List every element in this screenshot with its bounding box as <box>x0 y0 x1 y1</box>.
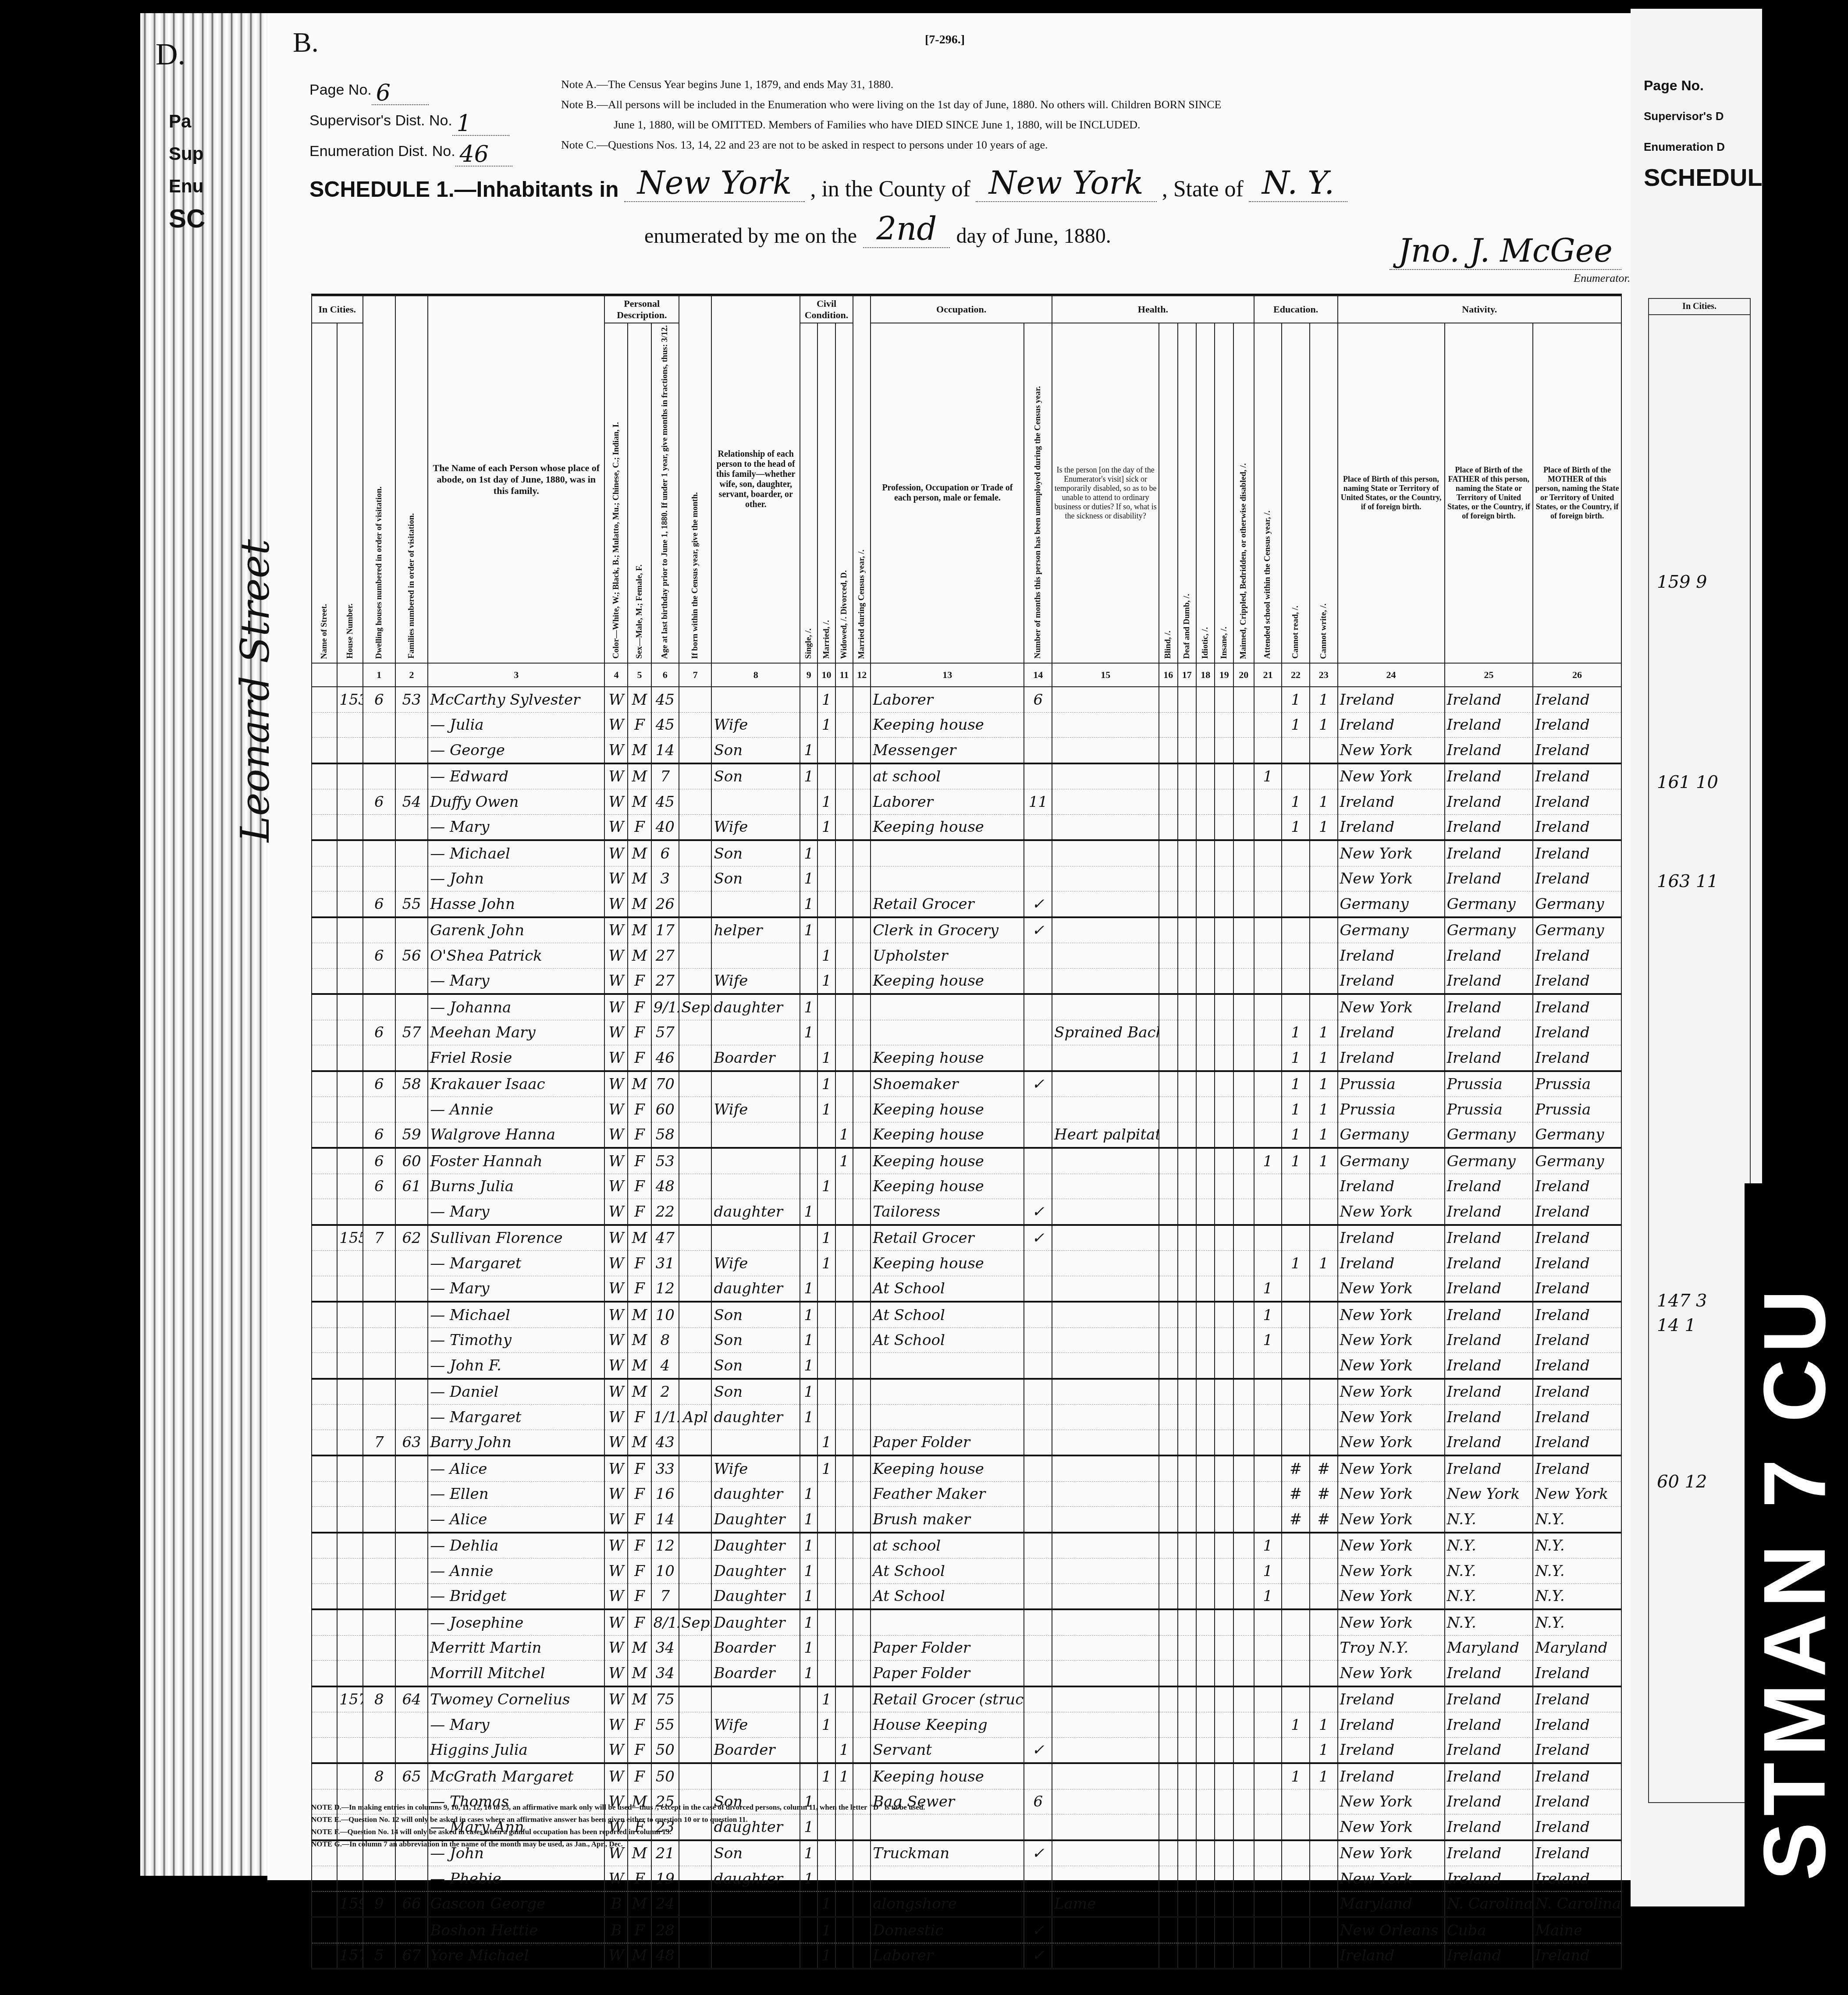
note-b: Note B.—All persons will be included in … <box>561 95 1613 115</box>
cell-maimed <box>1233 1097 1254 1122</box>
cell-read: 1 <box>1282 1251 1310 1276</box>
cell-unemp <box>1024 1430 1052 1455</box>
cell-sex: M <box>628 687 651 712</box>
cell-insane <box>1215 763 1233 789</box>
cell-age: 24 <box>651 1891 679 1917</box>
cell-birth: Ireland <box>1338 1737 1445 1763</box>
cell-month <box>679 1507 711 1533</box>
table-row: 29— MargaretWF1/12Apldaughter1New YorkIr… <box>312 1405 1621 1430</box>
cell-birth: New York <box>1338 1302 1445 1328</box>
cell-idiotic <box>1196 1558 1215 1584</box>
cell-married: 1 <box>817 1455 835 1481</box>
table-row: 15Friel RosieWF46Boarder1Keeping house11… <box>312 1045 1621 1071</box>
cell-sick <box>1052 917 1159 943</box>
table-row: 3— GeorgeWM14Son1MessengerNew YorkIrelan… <box>312 738 1621 763</box>
cell-age: 27 <box>651 968 679 994</box>
cell-married: 1 <box>817 1430 835 1455</box>
cell-rel: daughter <box>711 1405 800 1430</box>
cell-single: 1 <box>800 1020 817 1045</box>
cell-month <box>679 1455 711 1481</box>
cell-write <box>1310 840 1338 866</box>
cell-unemp <box>1024 1661 1052 1686</box>
cell-mcy <box>853 1071 871 1097</box>
cell-birth: Ireland <box>1338 1686 1445 1712</box>
group-in-cities: In Cities. <box>312 296 363 323</box>
cell-house <box>337 1712 362 1738</box>
cell-name: — George <box>428 738 604 763</box>
cell-street: 39 <box>312 1661 337 1686</box>
cell-mother: Ireland <box>1533 1405 1621 1430</box>
cell-single: 1 <box>800 1558 817 1584</box>
cell-month <box>679 840 711 866</box>
cell-sick <box>1052 1379 1159 1405</box>
cell-mother: N.Y. <box>1533 1558 1621 1584</box>
cell-read: 1 <box>1282 789 1310 815</box>
table-row: 13— JohannaWF9/12Septdaughter1New YorkIr… <box>312 994 1621 1020</box>
cell-street: 48 <box>312 1891 337 1917</box>
cell-single <box>800 1097 817 1122</box>
cell-house: 155 <box>337 1225 362 1251</box>
cell-deaf <box>1178 1251 1196 1276</box>
cell-month <box>679 1225 711 1251</box>
cell-occ: Keeping house <box>871 1174 1024 1199</box>
cell-deaf <box>1178 1225 1196 1251</box>
cell-color: W <box>604 1122 628 1148</box>
cell-write <box>1310 1917 1338 1943</box>
cell-write: 1 <box>1310 1097 1338 1122</box>
table-row: 12— MaryWF27Wife1Keeping houseIrelandIre… <box>312 968 1621 994</box>
table-row: 25— MichaelWM10Son1At School1New YorkIre… <box>312 1302 1621 1328</box>
cell-color: W <box>604 1174 628 1199</box>
cell-mother: Maine <box>1533 1917 1621 1943</box>
enumeration-label: Enumeration Dist. No. <box>309 136 455 167</box>
cell-sick <box>1052 1661 1159 1686</box>
cell-rel: daughter <box>711 994 800 1020</box>
cell-sex: F <box>628 1558 651 1584</box>
cell-single: 1 <box>800 1353 817 1379</box>
cell-sex: M <box>628 1328 651 1353</box>
cell-street: 42 <box>312 1737 337 1763</box>
column-number: 20 <box>1233 663 1254 687</box>
cell-dwelling: 8 <box>363 1763 395 1789</box>
cell-street: 9 <box>312 891 337 917</box>
cell-age: 6 <box>651 840 679 866</box>
cell-birth: Germany <box>1338 917 1445 943</box>
cell-married <box>817 917 835 943</box>
cell-married <box>817 1302 835 1328</box>
cell-name: — Timothy <box>428 1328 604 1353</box>
cell-mother: Ireland <box>1533 1866 1621 1892</box>
cell-name: — Daniel <box>428 1379 604 1405</box>
cell-family <box>395 738 428 763</box>
cell-house <box>337 1430 362 1455</box>
cell-sick <box>1052 1328 1159 1353</box>
cell-color: W <box>604 1635 628 1661</box>
cell-idiotic <box>1196 1430 1215 1455</box>
cell-age: 16 <box>651 1481 679 1507</box>
cell-sick <box>1052 1481 1159 1507</box>
cell-color: W <box>604 738 628 763</box>
cell-unemp <box>1024 1686 1052 1712</box>
cell-house <box>337 1045 362 1071</box>
cell-family <box>395 1276 428 1302</box>
cell-month <box>679 1148 711 1174</box>
cell-sex: F <box>628 1020 651 1045</box>
cell-married: 1 <box>817 1097 835 1122</box>
cell-family <box>395 1379 428 1405</box>
cell-rel: daughter <box>711 1276 800 1302</box>
cell-house <box>337 1635 362 1661</box>
state-value: N. Y. <box>1249 164 1347 202</box>
cell-name: — Michael <box>428 840 604 866</box>
cell-idiotic <box>1196 1276 1215 1302</box>
cell-widowed <box>835 1686 853 1712</box>
cell-month <box>679 1661 711 1686</box>
cell-deaf <box>1178 1353 1196 1379</box>
cell-father: Ireland <box>1445 1045 1533 1071</box>
cell-mother: Ireland <box>1533 1763 1621 1789</box>
cell-name: Gascon George <box>428 1891 604 1917</box>
cell-dwelling: 9 <box>363 1891 395 1917</box>
cell-family: 60 <box>395 1148 428 1174</box>
cell-family <box>395 1328 428 1353</box>
table-row: 9655Hasse JohnWM261Retail Grocer✓Germany… <box>312 891 1621 917</box>
cell-blind <box>1159 1405 1177 1430</box>
cell-age: 1/12 <box>651 1405 679 1430</box>
cell-sex: F <box>628 1122 651 1148</box>
cell-street: 23 <box>312 1251 337 1276</box>
cell-idiotic <box>1196 738 1215 763</box>
cell-house <box>337 1353 362 1379</box>
cell-rel: Wife <box>711 1712 800 1738</box>
next-schedule-label: SCHEDUL <box>1644 162 1763 193</box>
cell-insane <box>1215 891 1233 917</box>
table-row: 1153653McCarthy SylvesterWM451Laborer611… <box>312 687 1621 712</box>
cell-house: 159 <box>337 1891 362 1917</box>
cell-maimed <box>1233 943 1254 969</box>
cell-blind <box>1159 1661 1177 1686</box>
cell-widowed <box>835 1866 853 1892</box>
cell-widowed <box>835 1174 853 1199</box>
cell-sex: M <box>628 866 651 891</box>
cell-dwelling <box>363 814 395 840</box>
cell-dwelling: 6 <box>363 1122 395 1148</box>
cell-maimed <box>1233 814 1254 840</box>
cell-unemp <box>1024 1097 1052 1122</box>
cell-widowed <box>835 1251 853 1276</box>
cell-deaf <box>1178 1891 1196 1917</box>
header-widowed: Widowed, /. Divorced, D. <box>839 570 849 659</box>
cell-read <box>1282 1405 1310 1430</box>
cell-idiotic <box>1196 1045 1215 1071</box>
cell-name: — Johanna <box>428 994 604 1020</box>
cell-age: 57 <box>651 1020 679 1045</box>
cell-single <box>800 1763 817 1789</box>
cell-house <box>337 1533 362 1558</box>
cell-color: W <box>604 1609 628 1635</box>
table-row: 39Morrill MitchelWM34Boarder1Paper Folde… <box>312 1661 1621 1686</box>
cell-read <box>1282 891 1310 917</box>
cell-read <box>1282 994 1310 1020</box>
table-row: 18659Walgrove HannaWF581Keeping houseHea… <box>312 1122 1621 1148</box>
cell-married <box>817 1635 835 1661</box>
cell-street: 4 <box>312 763 337 789</box>
cell-color: W <box>604 840 628 866</box>
cell-single <box>800 1122 817 1148</box>
cell-insane <box>1215 1558 1233 1584</box>
cell-widowed <box>835 814 853 840</box>
cell-age: 17 <box>651 917 679 943</box>
cell-dwelling <box>363 917 395 943</box>
cell-month <box>679 1045 711 1071</box>
cell-color: W <box>604 1533 628 1558</box>
cell-write <box>1310 1533 1338 1558</box>
cell-school: 1 <box>1254 1533 1282 1558</box>
census-table: In Cities. Dwelling houses numbered in o… <box>311 294 1622 1970</box>
cell-widowed <box>835 1455 853 1481</box>
cell-color: W <box>604 1045 628 1071</box>
cell-widowed <box>835 1045 853 1071</box>
header-school: Attended school within the Census year, … <box>1263 511 1272 659</box>
cell-write: 1 <box>1310 1122 1338 1148</box>
cell-occ: Laborer <box>871 789 1024 815</box>
cell-write <box>1310 1430 1338 1455</box>
cell-age: 10 <box>651 1302 679 1328</box>
cell-occ: Feather Maker <box>871 1481 1024 1507</box>
cell-single <box>800 687 817 712</box>
cell-sex: M <box>628 1635 651 1661</box>
cell-age: 9/12 <box>651 994 679 1020</box>
cell-idiotic <box>1196 1737 1215 1763</box>
cell-mcy <box>853 1302 871 1328</box>
cell-month <box>679 1276 711 1302</box>
cell-married: 1 <box>817 1045 835 1071</box>
cell-widowed <box>835 1328 853 1353</box>
cell-idiotic <box>1196 1712 1215 1738</box>
cell-house <box>337 968 362 994</box>
cell-family: 62 <box>395 1225 428 1251</box>
cell-month <box>679 1174 711 1199</box>
cell-married <box>817 1481 835 1507</box>
cell-insane <box>1215 1430 1233 1455</box>
cell-birth: Ireland <box>1338 943 1445 969</box>
cell-blind <box>1159 1891 1177 1917</box>
cell-dwelling <box>363 1737 395 1763</box>
cell-blind <box>1159 712 1177 738</box>
cell-mother: Ireland <box>1533 687 1621 712</box>
cell-family: 57 <box>395 1020 428 1045</box>
cell-blind <box>1159 917 1177 943</box>
cell-dwelling <box>363 1199 395 1225</box>
cell-widowed <box>835 1225 853 1251</box>
cell-father: Ireland <box>1445 738 1533 763</box>
cell-deaf <box>1178 891 1196 917</box>
cell-family <box>395 917 428 943</box>
cell-insane <box>1215 1686 1233 1712</box>
cell-school <box>1254 1943 1282 1969</box>
cell-married <box>817 866 835 891</box>
cell-mcy <box>853 1917 871 1943</box>
cell-insane <box>1215 789 1233 815</box>
cell-mcy <box>853 994 871 1020</box>
cell-single <box>800 1430 817 1455</box>
cell-occ: At School <box>871 1558 1024 1584</box>
cell-insane <box>1215 1507 1233 1533</box>
cell-sick <box>1052 789 1159 815</box>
cell-mcy <box>853 1379 871 1405</box>
cell-deaf <box>1178 1455 1196 1481</box>
cell-mother: Ireland <box>1533 1225 1621 1251</box>
cell-street: 41 <box>312 1712 337 1738</box>
cell-rel: Daughter <box>711 1507 800 1533</box>
next-page-entries: 159 9 161 10 163 11 147 3 14 1 60 12 <box>1657 570 1718 1494</box>
cell-street: 14 <box>312 1020 337 1045</box>
cell-sick <box>1052 1943 1159 1969</box>
cell-read <box>1282 763 1310 789</box>
cell-age: 45 <box>651 712 679 738</box>
cell-deaf <box>1178 1609 1196 1635</box>
cell-unemp <box>1024 866 1052 891</box>
page-metadata: Page No.6 Supervisor's Dist. No.1 Enumer… <box>309 75 512 167</box>
cell-read: 1 <box>1282 814 1310 840</box>
cell-mcy <box>853 1609 871 1635</box>
cell-maimed <box>1233 1430 1254 1455</box>
cell-school <box>1254 1737 1282 1763</box>
page-no-label: Page No. <box>309 75 372 105</box>
cell-month <box>679 891 711 917</box>
cell-name: McCarthy Sylvester <box>428 687 604 712</box>
cell-father: N.Y. <box>1445 1609 1533 1635</box>
cell-deaf <box>1178 1763 1196 1789</box>
cell-read <box>1282 1635 1310 1661</box>
cell-rel <box>711 789 800 815</box>
cell-age: 45 <box>651 687 679 712</box>
cell-deaf <box>1178 1328 1196 1353</box>
column-number-row: 1234567891011121314151617181920212223242… <box>312 663 1621 687</box>
page-no-value: 6 <box>372 82 429 105</box>
cell-age: 60 <box>651 1097 679 1122</box>
supervisor-label: Supervisor's Dist. No. <box>309 105 452 136</box>
cell-read <box>1282 1533 1310 1558</box>
cell-father: N.Y. <box>1445 1507 1533 1533</box>
cell-married <box>817 1353 835 1379</box>
cell-unemp <box>1024 1763 1052 1789</box>
page-stack-edge <box>140 13 272 1876</box>
cell-sick <box>1052 738 1159 763</box>
cell-unemp: 11 <box>1024 789 1052 815</box>
cell-single <box>800 712 817 738</box>
cell-sick <box>1052 687 1159 712</box>
cell-idiotic <box>1196 687 1215 712</box>
cell-read: # <box>1282 1507 1310 1533</box>
cell-idiotic <box>1196 891 1215 917</box>
city-value: New York <box>624 164 805 202</box>
cell-single: 1 <box>800 1635 817 1661</box>
table-row: 19660Foster HannahWF531Keeping house111G… <box>312 1148 1621 1174</box>
cell-occ <box>871 994 1024 1020</box>
cell-maimed <box>1233 1020 1254 1045</box>
cell-color: W <box>604 917 628 943</box>
table-row: 35— AnnieWF10Daughter1At School1New York… <box>312 1558 1621 1584</box>
table-row: 21— MaryWF22daughter1Tailoress✓New YorkI… <box>312 1199 1621 1225</box>
cell-single <box>800 814 817 840</box>
header-idiotic: Idiotic, /. <box>1201 627 1210 659</box>
header-color: Color—White, W.; Black, B.; Mulatto, Mu.… <box>611 422 621 659</box>
note-e: NOTE E.—Question No. 12 will only be ask… <box>311 1814 1363 1826</box>
table-row: 48159966Gascon GeorgeBM241alongshoreLame… <box>312 1891 1621 1917</box>
cell-sick: Lame <box>1052 1891 1159 1917</box>
cell-school <box>1254 1686 1282 1712</box>
cell-insane <box>1215 1891 1233 1917</box>
cell-insane <box>1215 1481 1233 1507</box>
cell-write: 1 <box>1310 814 1338 840</box>
cell-school <box>1254 917 1282 943</box>
cell-read: 1 <box>1282 1712 1310 1738</box>
next-page-fragment: Page No. Supervisor's D Enumeration D SC… <box>1631 9 1762 1906</box>
cell-occ: At School <box>871 1328 1024 1353</box>
cell-occ: Keeping house <box>871 1763 1024 1789</box>
cell-rel <box>711 687 800 712</box>
cell-school <box>1254 1712 1282 1738</box>
cell-street: 8 <box>312 866 337 891</box>
cell-insane <box>1215 1405 1233 1430</box>
cell-write: 1 <box>1310 1020 1338 1045</box>
cell-rel <box>711 943 800 969</box>
cell-deaf <box>1178 1405 1196 1430</box>
group-education: Education. <box>1254 296 1338 323</box>
cell-read <box>1282 917 1310 943</box>
stack-label: Pa <box>169 105 205 138</box>
cell-read: 1 <box>1282 1097 1310 1122</box>
cell-sex: F <box>628 1405 651 1430</box>
cell-widowed <box>835 943 853 969</box>
cell-sick <box>1052 866 1159 891</box>
cell-name: Friel Rosie <box>428 1045 604 1071</box>
cell-married <box>817 763 835 789</box>
cell-unemp <box>1024 968 1052 994</box>
cell-occ: At School <box>871 1302 1024 1328</box>
cell-widowed <box>835 1430 853 1455</box>
cell-month <box>679 712 711 738</box>
cell-married <box>817 1276 835 1302</box>
cell-widowed <box>835 1020 853 1045</box>
cell-sick: Sprained Back <box>1052 1020 1159 1045</box>
cell-idiotic <box>1196 1353 1215 1379</box>
cell-insane <box>1215 1712 1233 1738</box>
cell-maimed <box>1233 789 1254 815</box>
table-row: 42Higgins JuliaWF50Boarder1Servant✓1Irel… <box>312 1737 1621 1763</box>
cell-family <box>395 1045 428 1071</box>
cell-street: 26 <box>312 1328 337 1353</box>
cell-idiotic <box>1196 1302 1215 1328</box>
cell-blind <box>1159 1917 1177 1943</box>
table-row: 50157567Yore MichaelWM481Laborer✓Ireland… <box>312 1943 1621 1969</box>
next-entry: 147 3 <box>1657 1289 1718 1313</box>
cell-insane <box>1215 1635 1233 1661</box>
table-row: 4— EdwardWM7Son1at school1New YorkIrelan… <box>312 763 1621 789</box>
cell-house <box>337 789 362 815</box>
cell-single <box>800 1148 817 1174</box>
cell-deaf <box>1178 1276 1196 1302</box>
cell-deaf <box>1178 814 1196 840</box>
cell-name: — Annie <box>428 1558 604 1584</box>
cell-insane <box>1215 1533 1233 1558</box>
cell-street: 12 <box>312 968 337 994</box>
cell-idiotic <box>1196 917 1215 943</box>
cell-idiotic <box>1196 1533 1215 1558</box>
cell-dwelling <box>363 1405 395 1430</box>
cell-family <box>395 1866 428 1892</box>
